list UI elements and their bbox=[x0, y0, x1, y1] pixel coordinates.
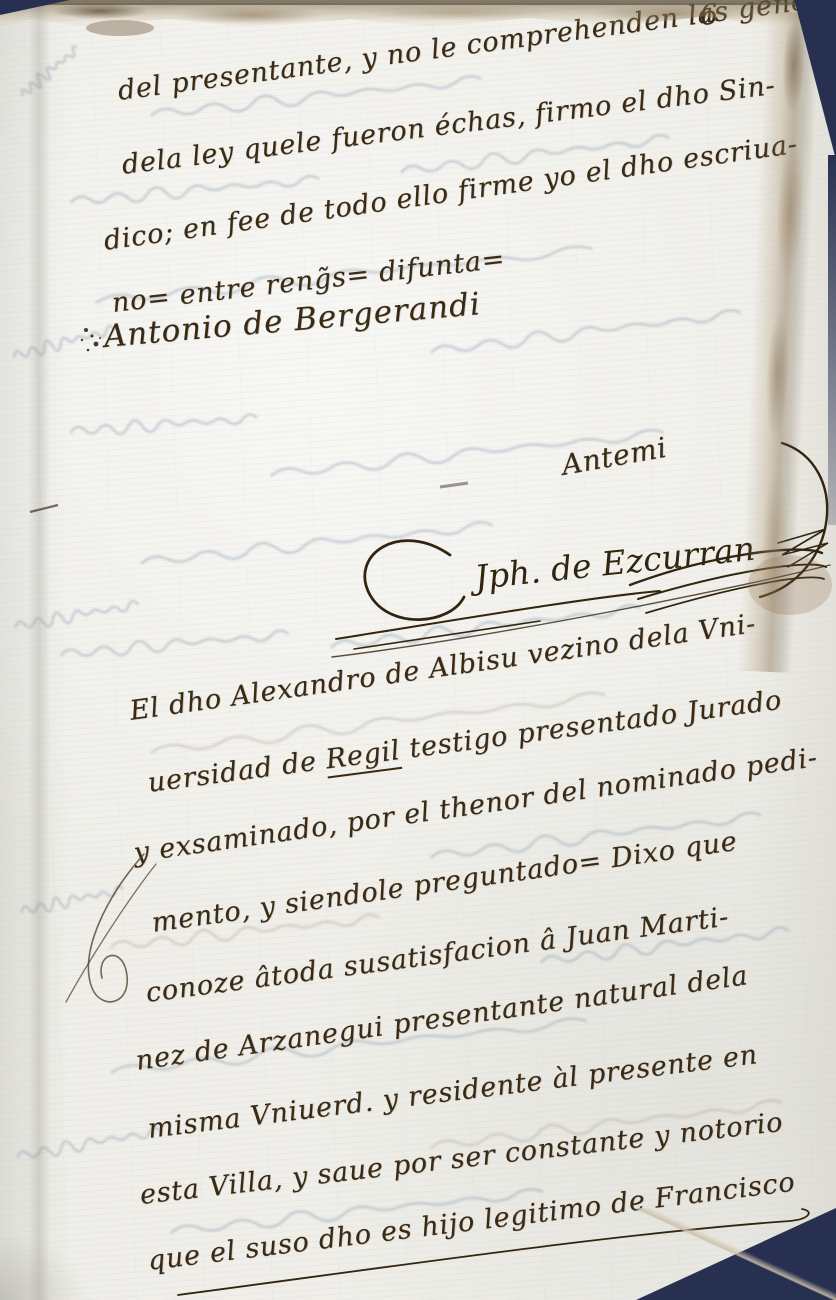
manuscript-scan: 6 del presentante, y no le comprehenden … bbox=[0, 0, 836, 1300]
